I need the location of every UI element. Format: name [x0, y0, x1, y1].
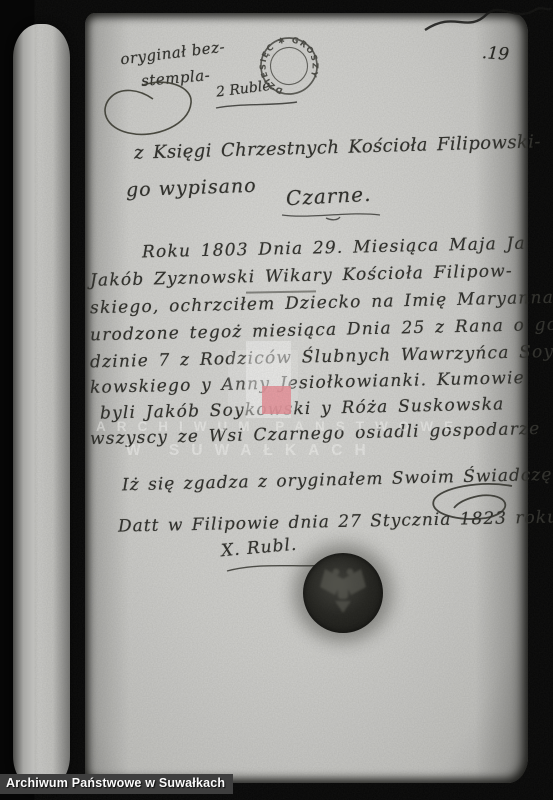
book-spine-edge [13, 24, 70, 790]
ten-groszy-stamp: DZIESIĘC ✱ GROSZY [253, 28, 326, 104]
svg-text:DZIESIĘC ✱ GROSZY: DZIESIĘC ✱ GROSZY [253, 30, 324, 99]
eagle-icon [311, 559, 375, 623]
village-name: Czarne. [285, 182, 372, 210]
watermark-text-line-2: W SUWAŁKACH [126, 442, 378, 460]
heading-line-2: go wypisano [126, 175, 257, 202]
archival-scan: oryginał bez- stempla- 2 Ruble. DZIESIĘC… [0, 0, 553, 800]
page-number: .19 [481, 43, 509, 65]
archive-logo-red-square [262, 386, 291, 414]
archive-caption: Archiwum Państwowe w Suwałkach [0, 774, 233, 794]
double-headed-eagle-seal [303, 553, 383, 633]
stamp-ring-text: DZIESIĘC ✱ GROSZY [253, 30, 324, 99]
watermark-text-line-1: ARCHIWUM PAŃSTWOWE [96, 419, 464, 434]
